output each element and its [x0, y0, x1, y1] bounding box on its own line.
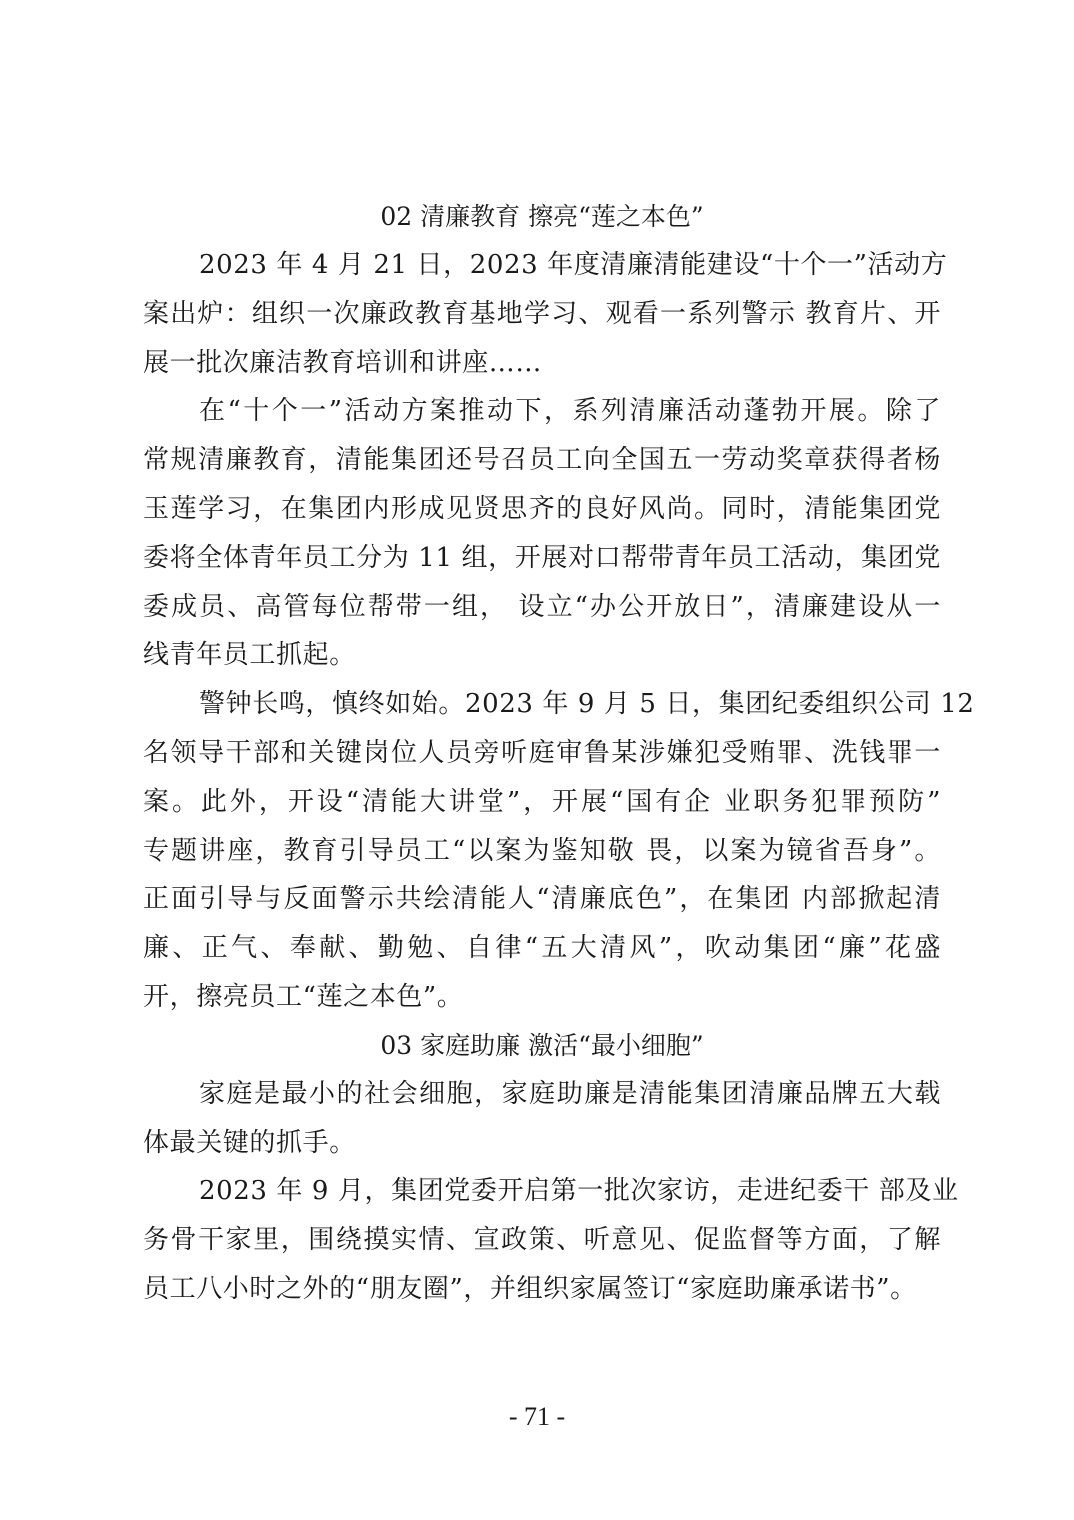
paragraph-family: 家庭是最小的社会细胞，家庭助廉是清能集团清廉品牌五大载 体最关键的抓手。	[143, 1070, 941, 1168]
text-line: 正面引导与反面警示共绘清能人“清廉底色”，在集团 内部掀起清	[143, 875, 941, 924]
text-line: 案出炉：组织一次廉政教育基地学习、观看一系列警示 教育片、开	[143, 290, 941, 339]
text-line: 专题讲座，教育引导员工“以案为鉴知敬 畏，以案为镜省吾身”。	[143, 827, 941, 876]
text-line: 玉莲学习，在集团内形成见贤思齐的良好风尚。同时，清能集团党	[143, 485, 941, 534]
text-line: 2023 年 9 月，集团党委开启第一批次家访，走进纪委干 部及业	[143, 1167, 941, 1216]
paragraph-warning: 警钟长鸣，慎终如始。2023 年 9 月 5 日，集团纪委组织公司 12 名领导…	[143, 680, 941, 1022]
text-line: 在“十个一”活动方案推动下，系列清廉活动蓬勃开展。除了	[143, 387, 941, 436]
text-line: 展一批次廉洁教育培训和讲座……	[143, 339, 941, 388]
text-line: 员工八小时之外的“朋友圈”，并组织家属签订“家庭助廉承诺书”。	[143, 1265, 941, 1314]
paragraph-home-visits: 2023 年 9 月，集团党委开启第一批次家访，走进纪委干 部及业 务骨干家里，…	[143, 1167, 941, 1313]
text-line: 警钟长鸣，慎终如始。2023 年 9 月 5 日，集团纪委组织公司 12	[143, 680, 941, 729]
text-line: 开，擦亮员工“莲之本色”。	[143, 973, 941, 1022]
text-line: 务骨干家里，围绕摸实情、宣政策、听意见、促监督等方面，了解	[143, 1216, 941, 1265]
text-line: 案。此外，开设“清能大讲堂”，开展“国有企 业职务犯罪预防”	[143, 778, 941, 827]
text-line: 2023 年 4 月 21 日，2023 年度清廉清能建设“十个一”活动方	[143, 241, 941, 290]
section-heading-03: 03 家庭助廉 激活“最小细胞”	[143, 1022, 941, 1070]
paragraph-activities: 在“十个一”活动方案推动下，系列清廉活动蓬勃开展。除了 常规清廉教育，清能集团还…	[143, 387, 941, 680]
text-line: 家庭是最小的社会细胞，家庭助廉是清能集团清廉品牌五大载	[143, 1070, 941, 1119]
page-number: - 71 -	[0, 1402, 1074, 1432]
text-line: 线青年员工抓起。	[143, 631, 941, 680]
text-line: 委将全体青年员工分为 11 组，开展对口帮带青年员工活动，集团党	[143, 534, 941, 583]
text-line: 体最关键的抓手。	[143, 1119, 941, 1168]
paragraph-activity-plan: 2023 年 4 月 21 日，2023 年度清廉清能建设“十个一”活动方 案出…	[143, 241, 941, 387]
document-page: 02 清廉教育 擦亮“莲之本色” 2023 年 4 月 21 日，2023 年度…	[143, 193, 941, 1314]
text-line: 名领导干部和关键岗位人员旁听庭审鲁某涉嫌犯受贿罪、洗钱罪一	[143, 729, 941, 778]
text-line: 委成员、高管每位帮带一组， 设立“办公开放日”，清廉建设从一	[143, 583, 941, 632]
text-line: 廉、正气、奉献、勤勉、自律“五大清风”，吹动集团“廉”花盛	[143, 924, 941, 973]
section-heading-02: 02 清廉教育 擦亮“莲之本色”	[143, 193, 941, 241]
text-line: 常规清廉教育，清能集团还号召员工向全国五一劳动奖章获得者杨	[143, 436, 941, 485]
